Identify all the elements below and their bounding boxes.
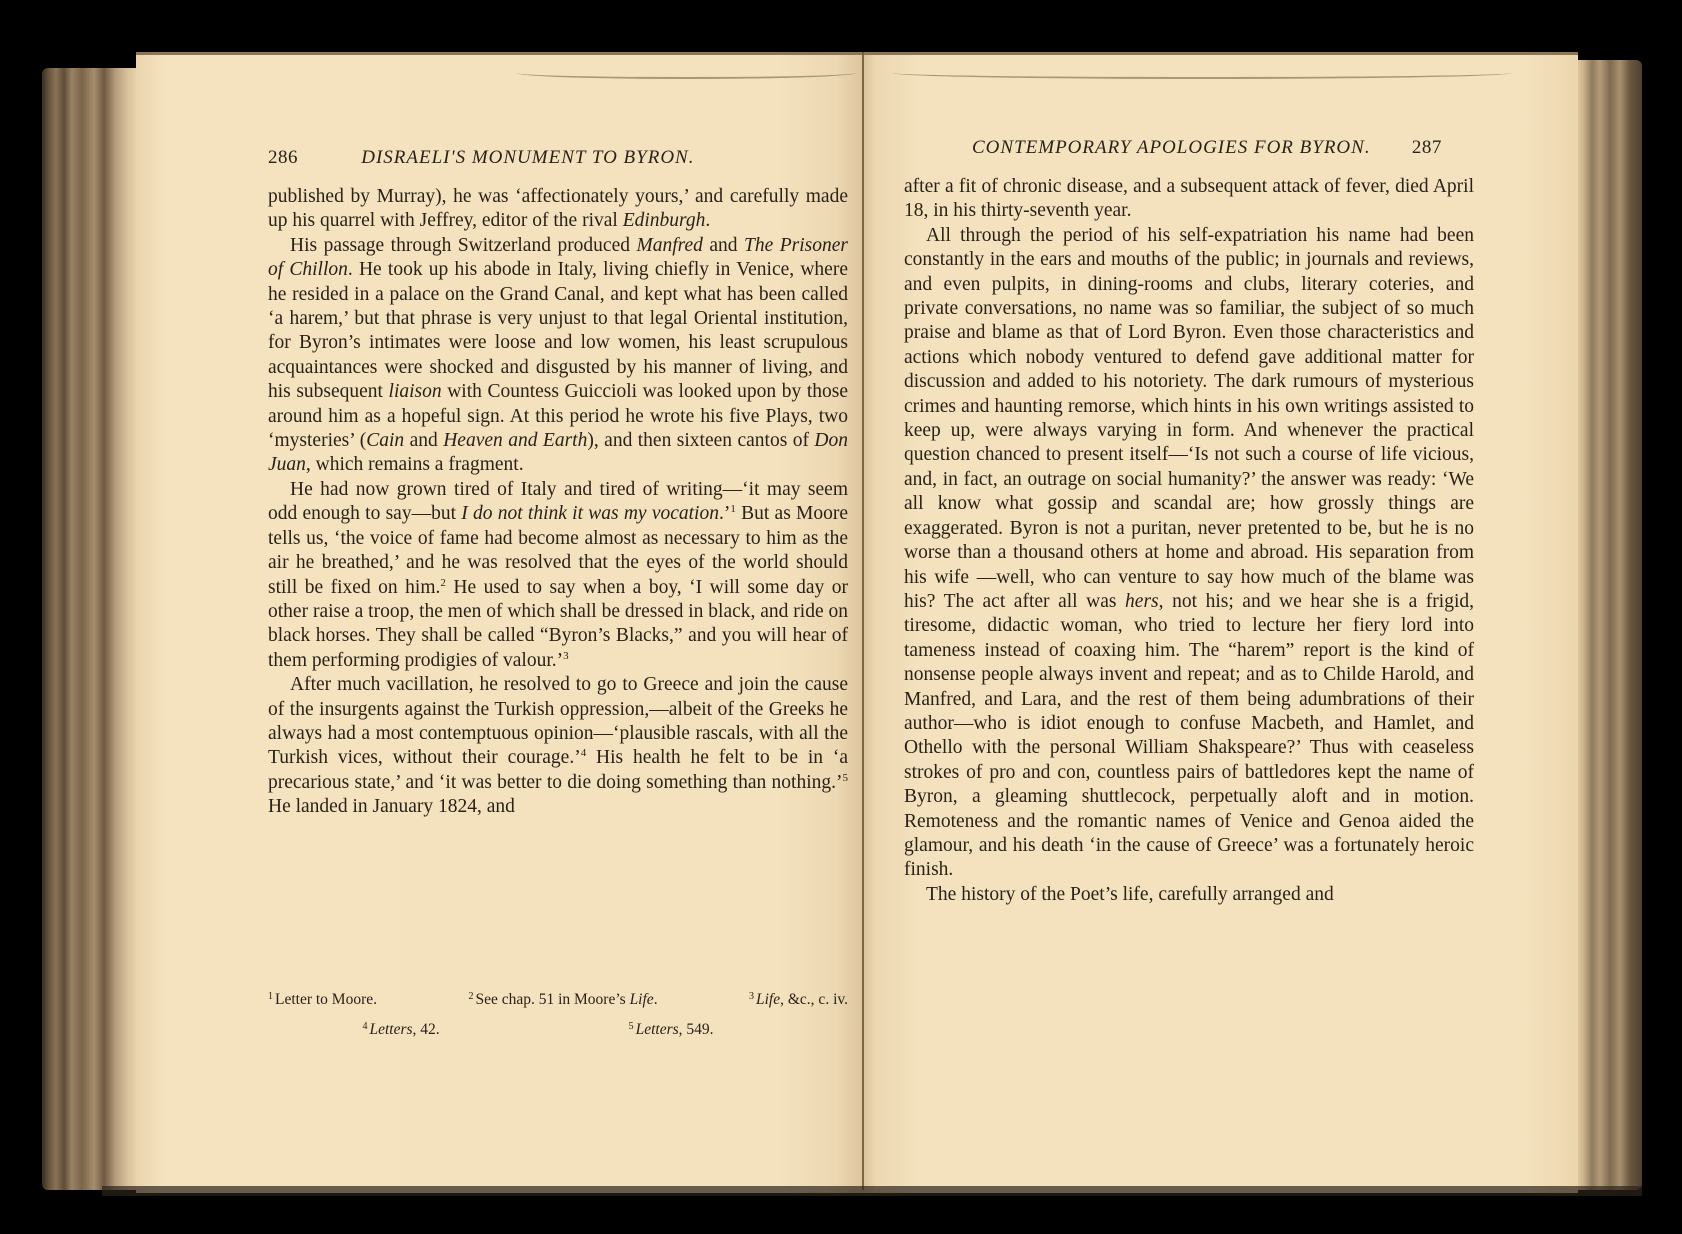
text-run: Letter to Moore. bbox=[275, 991, 377, 1008]
footnote-number: 2 bbox=[468, 991, 473, 1002]
italic-text: hers bbox=[1125, 591, 1159, 612]
text-run: , which remains a fragment. bbox=[306, 454, 524, 475]
italic-text: Life bbox=[756, 991, 780, 1008]
left-fore-edge bbox=[42, 68, 138, 1190]
text-run: All through the period of his self-expat… bbox=[904, 225, 1474, 612]
paragraph: His passage through Switzerland produced… bbox=[268, 234, 848, 478]
open-book: 286 DISRAELI'S MONUMENT TO BYRON. publis… bbox=[42, 52, 1642, 1192]
text-run: , 549. bbox=[679, 1021, 714, 1038]
italic-text: Edinburgh bbox=[623, 210, 706, 231]
text-run: and bbox=[404, 430, 443, 451]
footnote: 2See chap. 51 in Moore’s Life. bbox=[468, 985, 657, 1015]
right-body-text: after a fit of chronic disease, and a su… bbox=[904, 175, 1474, 907]
text-run: ), and then sixteen cantos of bbox=[587, 430, 814, 451]
footnote-number: 4 bbox=[362, 1021, 367, 1032]
page-number: 286 bbox=[268, 147, 298, 168]
footnote-number: 3 bbox=[749, 991, 754, 1002]
italic-text: Life bbox=[630, 991, 654, 1008]
right-page: CONTEMPORARY APOLOGIES FOR BYRON. 287 af… bbox=[862, 52, 1578, 1193]
italic-text: Manfred bbox=[636, 235, 702, 256]
footnote-ref: 5 bbox=[843, 772, 849, 784]
footnote-number: 5 bbox=[629, 1021, 634, 1032]
text-run: . bbox=[654, 991, 658, 1008]
running-head-title: DISRAELI'S MONUMENT TO BYRON. bbox=[361, 147, 694, 168]
text-run: His passage through Switzerland produced bbox=[290, 235, 636, 256]
left-page: 286 DISRAELI'S MONUMENT TO BYRON. publis… bbox=[136, 52, 864, 1193]
text-run: published by Murray), he was ‘affectiona… bbox=[268, 186, 848, 231]
text-run: . bbox=[705, 210, 710, 231]
text-run: .’ bbox=[719, 503, 730, 524]
left-running-head: 286 DISRAELI'S MONUMENT TO BYRON. bbox=[268, 147, 694, 169]
paragraph: published by Murray), he was ‘affectiona… bbox=[268, 185, 848, 234]
torn-edge-mark bbox=[516, 67, 856, 79]
page-bottom-shadow bbox=[102, 1186, 1642, 1196]
italic-text: Letters bbox=[636, 1021, 679, 1038]
right-running-head: CONTEMPORARY APOLOGIES FOR BYRON. 287 bbox=[972, 137, 1442, 159]
text-run: See chap. 51 in Moore’s bbox=[475, 991, 629, 1008]
text-run: after a fit of chronic disease, and a su… bbox=[904, 176, 1474, 221]
torn-edge-mark bbox=[892, 67, 1512, 79]
text-run: He landed in January 1824, and bbox=[268, 796, 515, 817]
paragraph: All through the period of his self-expat… bbox=[904, 224, 1474, 883]
page-number: 287 bbox=[1412, 137, 1442, 158]
footnote: 4Letters, 42. bbox=[362, 1015, 439, 1045]
paragraph: The history of the Poet’s life, carefull… bbox=[904, 883, 1474, 907]
paragraph: He had now grown tired of Italy and tire… bbox=[268, 478, 848, 673]
text-run: , &c., c. iv. bbox=[780, 991, 848, 1008]
footnote: 3Life, &c., c. iv. bbox=[749, 985, 848, 1015]
paragraph: after a fit of chronic disease, and a su… bbox=[904, 175, 1474, 224]
footnote: 5Letters, 549. bbox=[629, 1015, 714, 1045]
footnote-row: 4Letters, 42.5Letters, 549. bbox=[268, 1015, 848, 1045]
left-footnotes: 1Letter to Moore.2See chap. 51 in Moore’… bbox=[268, 985, 848, 1045]
text-run: The history of the Poet’s life, carefull… bbox=[926, 884, 1334, 905]
italic-text: liaison bbox=[389, 381, 442, 402]
book-gutter bbox=[862, 52, 864, 1190]
italic-text: I do not think it was my vocation bbox=[461, 503, 719, 524]
running-head-title: CONTEMPORARY APOLOGIES FOR BYRON. bbox=[972, 137, 1371, 158]
italic-text: Letters bbox=[369, 1021, 412, 1038]
paragraph: After much vacillation, he resolved to g… bbox=[268, 673, 848, 819]
footnote: 1Letter to Moore. bbox=[268, 985, 377, 1015]
text-run: and bbox=[703, 235, 744, 256]
left-body-text: published by Murray), he was ‘affectiona… bbox=[268, 185, 848, 820]
footnote-number: 1 bbox=[268, 991, 273, 1002]
right-fore-edge bbox=[1576, 60, 1642, 1190]
italic-text: Heaven and Earth bbox=[443, 430, 587, 451]
footnote-row: 1Letter to Moore.2See chap. 51 in Moore’… bbox=[268, 985, 848, 1015]
text-run: , not his; and we hear she is a frigid, … bbox=[904, 591, 1474, 880]
footnote-ref: 3 bbox=[563, 650, 569, 662]
text-run: , 42. bbox=[413, 1021, 440, 1038]
italic-text: Cain bbox=[366, 430, 404, 451]
